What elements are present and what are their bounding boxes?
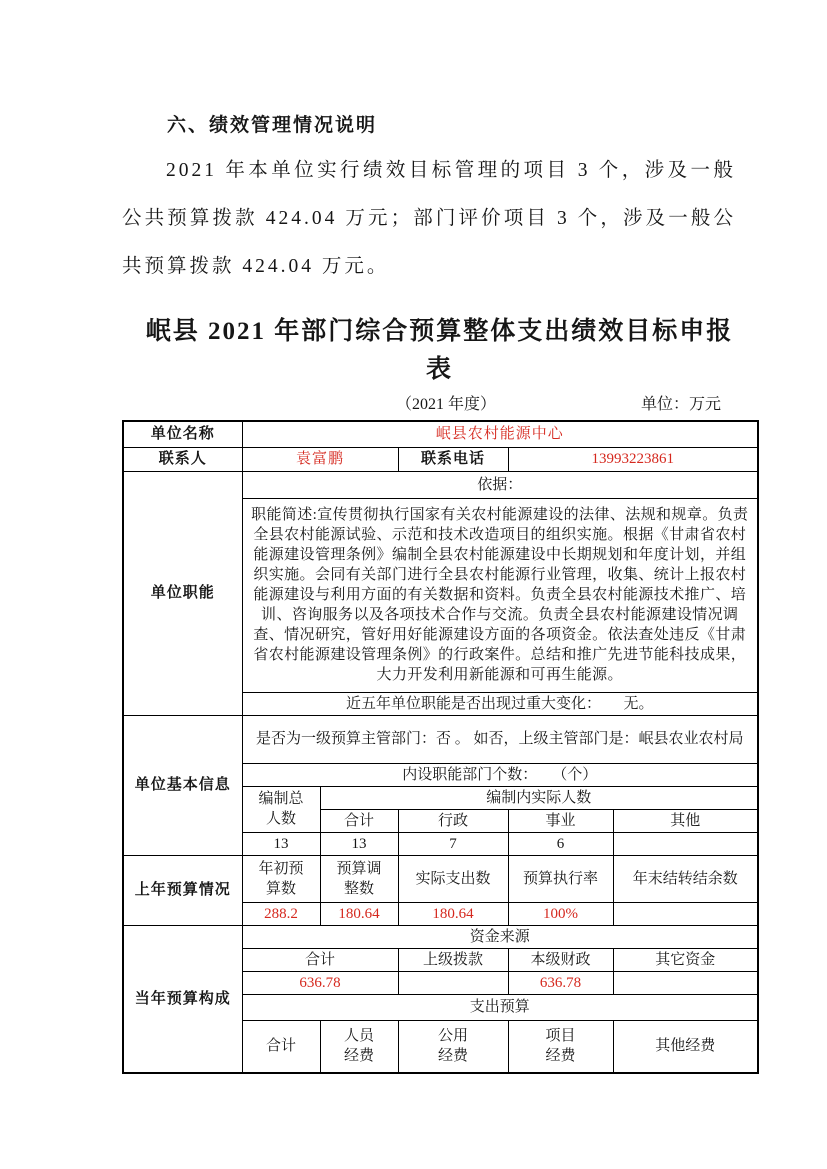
lastyear-v-adjusted: 180.64: [320, 902, 398, 925]
staffing-col-other: 其他: [613, 809, 758, 832]
inner-dept-line: 内设职能部门个数： （个）: [242, 763, 758, 786]
lastyear-label: 上年预算情况: [123, 855, 242, 925]
staffing-value-career: 6: [508, 832, 613, 855]
document-content: 六、绩效管理情况说明 2021 年本单位实行绩效目标管理的项目 3 个，涉及一般…: [122, 112, 757, 1074]
expenditure-h-project: 项目 经费: [508, 1020, 613, 1073]
section-paragraph: 2021 年本单位实行绩效目标管理的项目 3 个，涉及一般公共预算拨款 424.…: [122, 147, 736, 291]
funding-v-local: 636.78: [508, 971, 613, 994]
staffing-col-career: 事业: [508, 809, 613, 832]
funding-v-total: 636.78: [242, 971, 398, 994]
lastyear-h-adjusted: 预算调 整数: [320, 855, 398, 902]
form-unit-note: 单位：万元: [641, 391, 721, 414]
form-year-note: （2021 年度）: [396, 391, 496, 414]
funding-h-higher: 上级拨款: [398, 948, 508, 971]
section-heading: 六、绩效管理情况说明: [167, 112, 757, 139]
basic-info-label: 单位基本信息: [123, 715, 242, 855]
staffing-value-other: [613, 832, 758, 855]
row-basis: 单位职能 依据：: [123, 471, 758, 498]
lastyear-h-initial: 年初预 算数: [242, 855, 320, 902]
expenditure-h-personnel: 人员 经费: [320, 1020, 398, 1073]
phone-value: 13993223861: [508, 447, 758, 471]
form-title-line2: 表: [122, 351, 757, 389]
funding-h-total: 合计: [242, 948, 398, 971]
form-title-line1: 岷县 2021 年部门综合预算整体支出绩效目标申报: [122, 313, 757, 351]
phone-label: 联系电话: [398, 447, 508, 471]
staffing-col-total: 合计: [320, 809, 398, 832]
lastyear-v-actual: 180.64: [398, 902, 508, 925]
funding-h-local: 本级财政: [508, 948, 613, 971]
unit-name-value: 岷县农村能源中心: [242, 421, 758, 447]
basis-line: 依据：: [242, 471, 758, 498]
row-contact: 联系人 袁富鹏 联系电话 13993223861: [123, 447, 758, 471]
staffing-value-admin: 7: [398, 832, 508, 855]
primary-dept-line: 是否为一级预算主管部门：否 。 如否，上级主管部门是：岷县农业农村局: [242, 715, 758, 763]
form-title: 岷县 2021 年部门综合预算整体支出绩效目标申报 表: [122, 313, 757, 389]
functions-label: 单位职能: [123, 471, 242, 715]
lastyear-v-carryover: [613, 902, 758, 925]
staffing-actual-label: 编制内实际人数: [320, 786, 758, 809]
current-budget-label: 当年预算构成: [123, 925, 242, 1073]
lastyear-h-carryover: 年末结转结余数: [613, 855, 758, 902]
lastyear-v-rate: 100%: [508, 902, 613, 925]
expenditure-h-other: 其他经费: [613, 1020, 758, 1073]
document-page: 六、绩效管理情况说明 2021 年本单位实行绩效目标管理的项目 3 个，涉及一般…: [0, 0, 827, 1074]
change-note: 近五年单位职能是否出现过重大变化： 无。: [242, 692, 758, 715]
funding-title: 资金来源: [242, 925, 758, 948]
declaration-table: 单位名称 岷县农村能源中心 联系人 袁富鹏 联系电话 13993223861 单…: [122, 420, 759, 1074]
row-unit-name: 单位名称 岷县农村能源中心: [123, 421, 758, 447]
funding-h-other: 其它资金: [613, 948, 758, 971]
funding-v-other: [613, 971, 758, 994]
staffing-total-label: 编制总 人数: [242, 786, 320, 832]
staffing-value-total: 13: [320, 832, 398, 855]
staffing-col-admin: 行政: [398, 809, 508, 832]
form-subtitle-row: （2021 年度） 单位：万元: [122, 391, 757, 415]
expenditure-title: 支出预算: [242, 994, 758, 1020]
row-lastyear-header: 上年预算情况 年初预 算数 预算调 整数 实际支出数 预算执行率 年末结转结余数: [123, 855, 758, 902]
staffing-total-value: 13: [242, 832, 320, 855]
contact-label: 联系人: [123, 447, 242, 471]
lastyear-h-actual: 实际支出数: [398, 855, 508, 902]
funding-v-higher: [398, 971, 508, 994]
lastyear-h-rate: 预算执行率: [508, 855, 613, 902]
functions-text: 职能简述:宣传贯彻执行国家有关农村能源建设的法律、法规和规章。负责全县农村能源试…: [242, 498, 758, 692]
contact-name-value: 袁富鹏: [242, 447, 398, 471]
lastyear-v-initial: 288.2: [242, 902, 320, 925]
expenditure-h-public: 公用 经费: [398, 1020, 508, 1073]
row-funding-title: 当年预算构成 资金来源: [123, 925, 758, 948]
row-primary-dept: 单位基本信息 是否为一级预算主管部门：否 。 如否，上级主管部门是：岷县农业农村…: [123, 715, 758, 763]
unit-name-label: 单位名称: [123, 421, 242, 447]
expenditure-h-total: 合计: [242, 1020, 320, 1073]
